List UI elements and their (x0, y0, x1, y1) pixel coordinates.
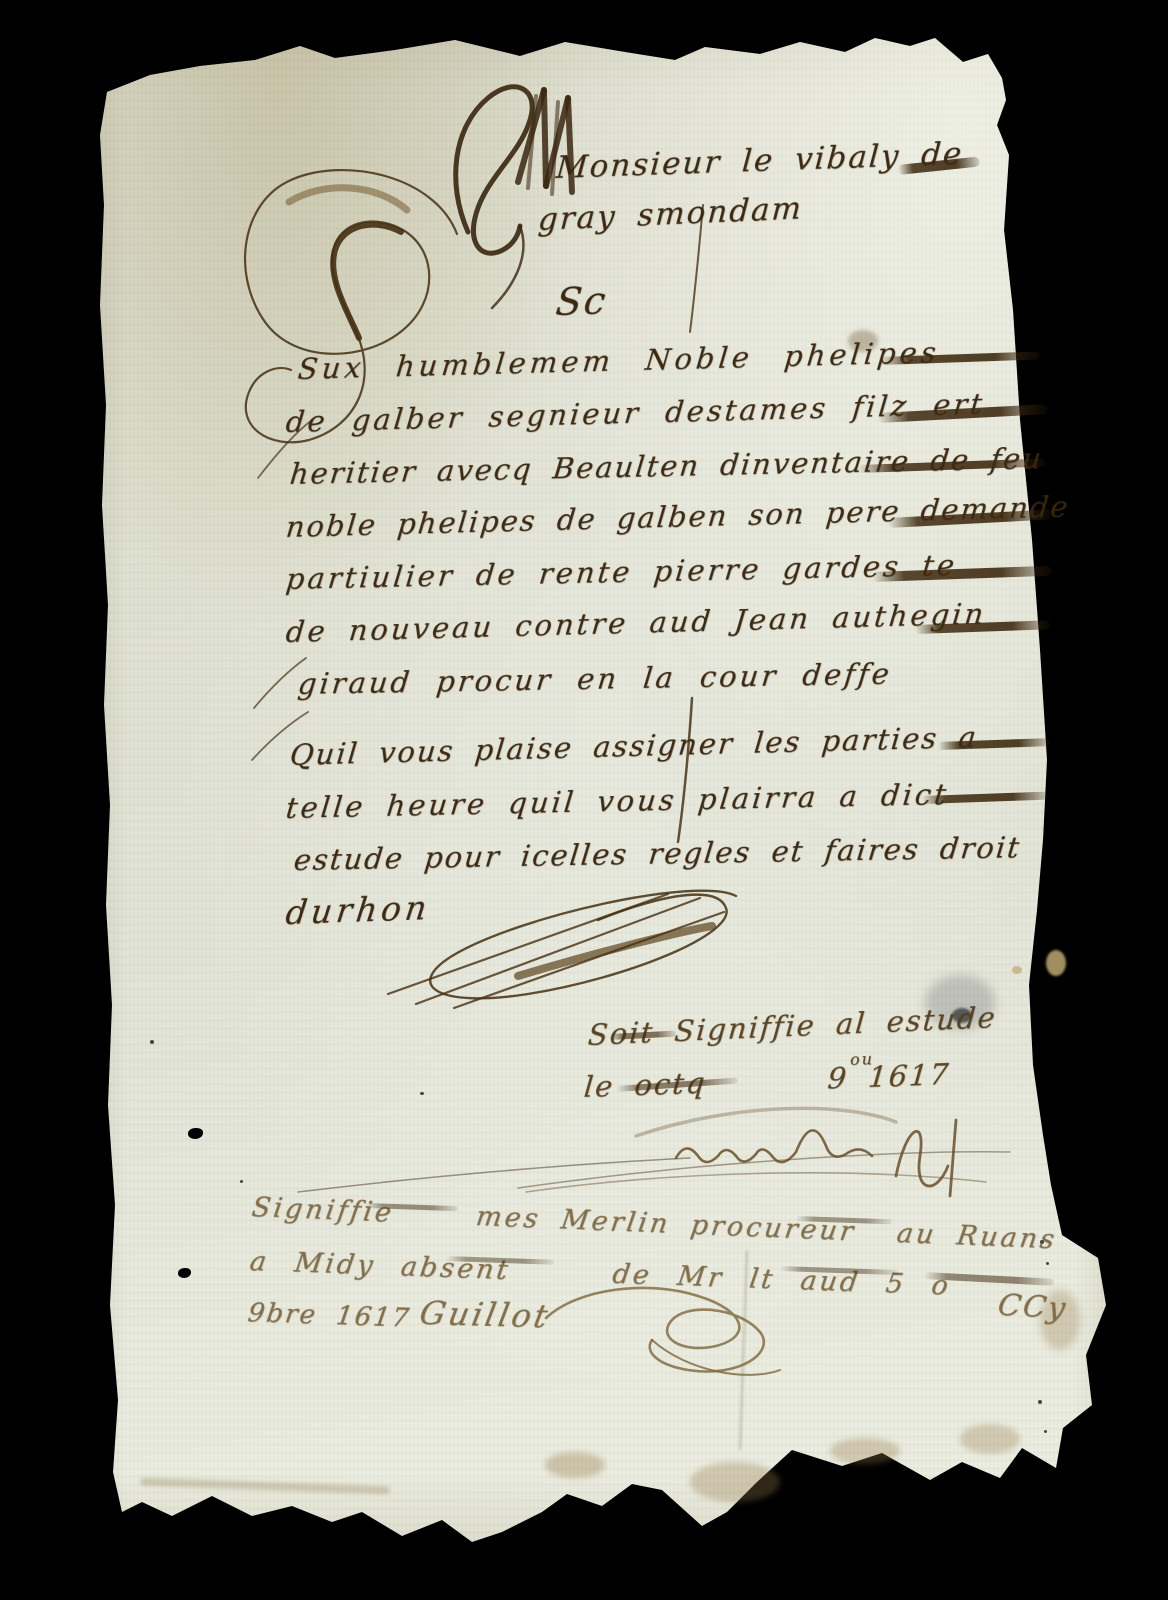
photo-background: Monsieur le vibaly de gray smondam Sc Su… (0, 0, 1168, 1600)
salutation: Sc (554, 278, 610, 324)
superscript-note: ou (850, 1049, 875, 1069)
notary-marks: CCy (995, 1288, 1069, 1326)
signature-durhon: durhon (284, 888, 433, 932)
signature-guillot: Guillot (416, 1294, 553, 1335)
signature-flourish-icon (516, 1096, 1016, 1206)
endorsement-line: 9bre 1617 (246, 1298, 413, 1334)
